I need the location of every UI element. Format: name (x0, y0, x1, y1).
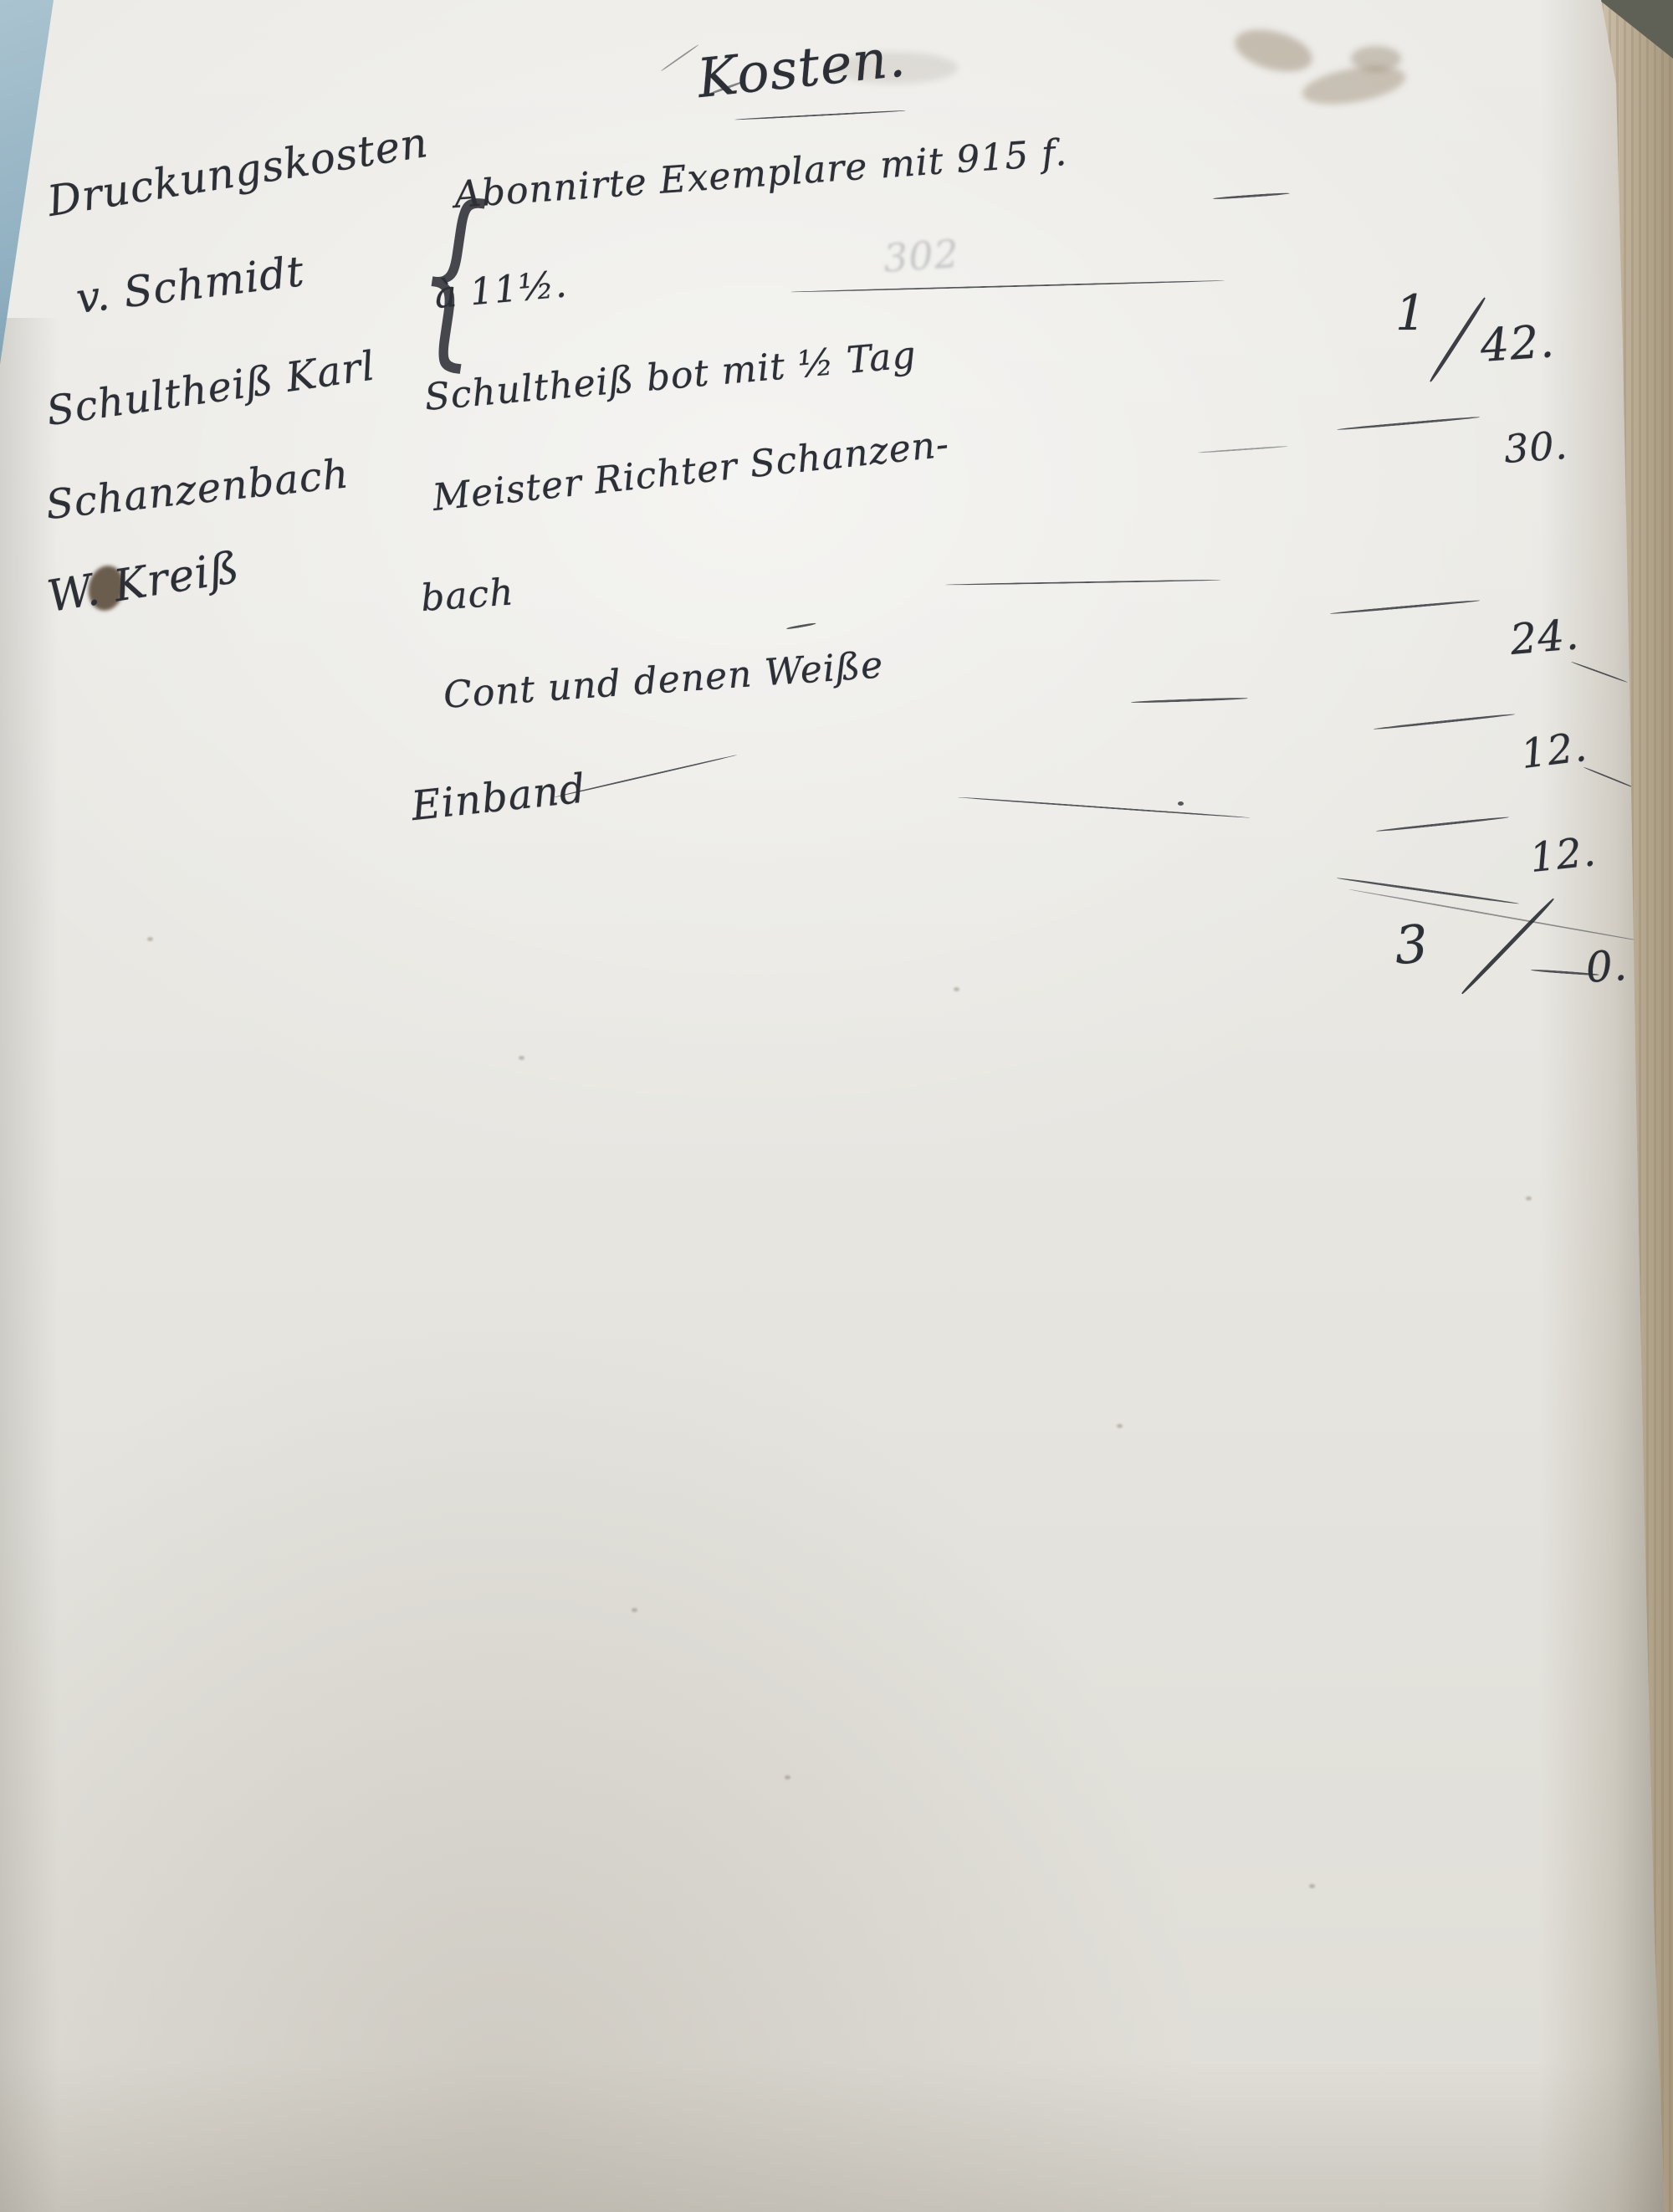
entry-description: Abonnirte Exemplare mit 915 f. (453, 131, 1068, 217)
speck (519, 1056, 524, 1060)
ink-stain (1230, 22, 1317, 79)
ditto-dash (1131, 697, 1248, 704)
manuscript-photo: Kosten. 302 Druckungskosten v. Schmidt {… (0, 0, 1673, 2212)
page-title: Kosten. (694, 27, 908, 110)
total-kreuzer: 0. (1584, 941, 1630, 992)
entry-description: Cont und denen Weiße (442, 643, 884, 717)
amount-kreuzer: 42. (1479, 315, 1557, 372)
speck (1526, 1196, 1532, 1201)
ditto-dash (1198, 445, 1288, 453)
payee-name: Druckungskosten (44, 118, 432, 226)
florin-slash (1429, 296, 1487, 382)
speck (954, 987, 959, 991)
entry-description: Einband (409, 765, 588, 830)
speck (632, 1608, 637, 1612)
speck (1117, 1424, 1123, 1428)
ditto-dash (786, 622, 816, 630)
entry-description: Schultheiß bot mit ½ Tag (423, 334, 918, 419)
payee-name: Schanzenbach (43, 450, 351, 529)
pen-mark (660, 44, 698, 72)
total-gulden: 3 (1393, 913, 1430, 976)
payee-name: W. Kreiß (44, 543, 243, 622)
entry-description: Meister Richter Schanzen- (431, 422, 951, 520)
amount-gulden: 1 (1395, 284, 1427, 341)
entry-description: bach (419, 571, 515, 620)
filler-line (790, 279, 1225, 293)
pen-dot (1178, 801, 1184, 806)
page-bottom-shadow (0, 2058, 1673, 2212)
amount-lead-line (1374, 713, 1515, 730)
amount-lead-line (1376, 816, 1509, 832)
filler-line (945, 579, 1221, 586)
bleedthrough-number: 302 (882, 231, 960, 281)
ink-stain (1351, 46, 1401, 71)
manuscript-page: Kosten. 302 Druckungskosten v. Schmidt {… (0, 0, 1673, 2212)
amount-lead-line (1337, 416, 1481, 431)
amount-kreuzer: 24. (1508, 610, 1581, 664)
amount-kreuzer: 12. (1527, 828, 1599, 882)
filler-line (958, 796, 1250, 818)
amount-kreuzer: 12. (1518, 724, 1590, 778)
ditto-dash (1213, 192, 1290, 200)
speck (1309, 1884, 1315, 1888)
amount-kreuzer: 30. (1502, 422, 1569, 472)
amount-lead-line (1330, 599, 1481, 615)
title-underline (734, 110, 906, 120)
payee-name: Schultheiß Karl (43, 342, 378, 435)
speck (785, 1775, 790, 1779)
payee-name: v. Schmidt (74, 247, 307, 323)
speck (147, 937, 153, 941)
